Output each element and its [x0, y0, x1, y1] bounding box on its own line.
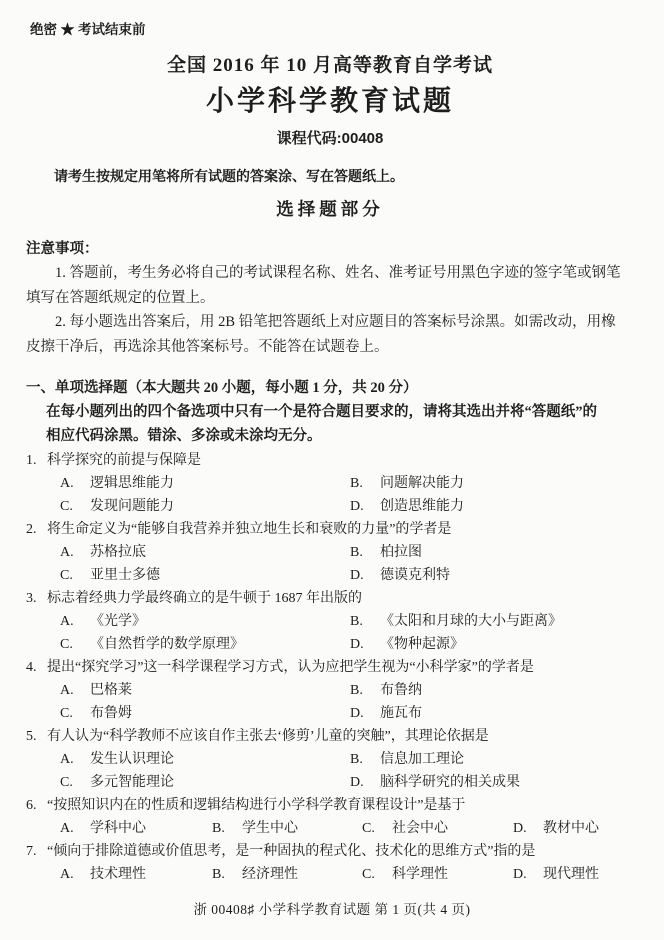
option-letter: B.: [212, 863, 242, 886]
option-letter: D.: [513, 863, 543, 886]
option-letter: C.: [60, 564, 90, 587]
option-label: 《物种起源》: [380, 633, 464, 656]
option-letter: B.: [212, 817, 242, 840]
options-grid: A.逻辑思维能力B.问题解决能力C.发现问题能力D.创造思维能力: [26, 472, 634, 518]
question-item: 6.“按照知识内在的性质和逻辑结构进行小学科学教育课程设计”是基于A.学科中心B…: [26, 794, 634, 840]
option-letter: C.: [362, 817, 392, 840]
question-stem-row: 4.提出“探究学习”这一科学课程学习方式，认为应把学生视为“小科学家”的学者是: [26, 656, 634, 679]
option-label: 科学理性: [392, 863, 448, 886]
option-item: D.创造思维能力: [350, 495, 634, 518]
option-letter: A.: [60, 610, 90, 633]
options-grid: A.发生认识理论B.信息加工理论C.多元智能理论D.脑科学研究的相关成果: [26, 748, 634, 794]
option-item: B.《太阳和月球的大小与距离》: [350, 610, 634, 633]
option-item: A.苏格拉底: [60, 541, 350, 564]
option-item: B.经济理性: [212, 863, 362, 886]
options-grid: A.苏格拉底B.柏拉图C.亚里士多德D.德谟克利特: [26, 541, 634, 587]
question-item: 5.有人认为“科学教师不应该自作主张去‘修剪’儿童的突触”，其理论依据是A.发生…: [26, 725, 634, 794]
option-letter: D.: [350, 564, 380, 587]
question-stem: 提出“探究学习”这一科学课程学习方式，认为应把学生视为“小科学家”的学者是: [47, 656, 534, 679]
options-grid: A.技术理性B.经济理性C.科学理性D.现代理性: [26, 863, 634, 886]
option-label: 经济理性: [242, 863, 298, 886]
option-label: 技术理性: [90, 863, 146, 886]
question-number: 2.: [26, 518, 47, 541]
options-grid: A.巴格莱B.布鲁纳C.布鲁姆D.施瓦布: [26, 679, 634, 725]
option-item: A.《光学》: [60, 610, 350, 633]
option-item: A.巴格莱: [60, 679, 350, 702]
option-label: 亚里士多德: [90, 564, 160, 587]
option-label: 施瓦布: [380, 702, 422, 725]
option-item: B.柏拉图: [350, 541, 634, 564]
question-number: 6.: [26, 794, 47, 817]
page-footer: 浙 00408♯ 小学科学教育试题 第 1 页(共 4 页): [0, 898, 664, 918]
option-letter: C.: [60, 702, 90, 725]
question-stem-row: 6.“按照知识内在的性质和逻辑结构进行小学科学教育课程设计”是基于: [26, 794, 634, 817]
option-label: 问题解决能力: [380, 472, 464, 495]
option-item: A.技术理性: [60, 863, 212, 886]
section-one-heading: 一、单项选择题（本大题共 20 小题，每小题 1 分，共 20 分）: [26, 377, 634, 400]
note-line: 2. 每小题选出答案后，用 2B 铅笔把答题纸上对应题目的答案标号涂黑。如需改动…: [26, 310, 634, 335]
option-label: 巴格莱: [90, 679, 132, 702]
option-letter: A.: [60, 748, 90, 771]
option-label: 多元智能理论: [90, 771, 174, 794]
question-stem: “倾向于排除道德或价值思考，是一种固执的程式化、技术化的思维方式”指的是: [47, 840, 535, 863]
option-label: 布鲁姆: [90, 702, 132, 725]
option-label: 德谟克利特: [380, 564, 450, 587]
question-stem: 标志着经典力学最终确立的是牛顿于 1687 年出版的: [47, 587, 362, 610]
question-stem: 科学探究的前提与保障是: [47, 449, 201, 472]
section-one-intro-line: 相应代码涂黑。错涂、多涂或未涂均无分。: [26, 424, 634, 448]
option-letter: B.: [350, 472, 380, 495]
option-item: D.现代理性: [513, 863, 634, 886]
option-letter: A.: [60, 679, 90, 702]
option-item: D.《物种起源》: [350, 633, 634, 656]
note-line: 填写在答题纸规定的位置上。: [26, 286, 634, 311]
question-stem: 将生命定义为“能够自我营养并独立地生长和衰败的力量”的学者是: [47, 518, 451, 541]
option-label: 柏拉图: [380, 541, 422, 564]
option-item: D.脑科学研究的相关成果: [350, 771, 634, 794]
question-item: 2.将生命定义为“能够自我营养并独立地生长和衰败的力量”的学者是A.苏格拉底B.…: [26, 518, 634, 587]
question-stem-row: 1.科学探究的前提与保障是: [26, 449, 634, 472]
option-item: D.德谟克利特: [350, 564, 634, 587]
option-letter: A.: [60, 541, 90, 564]
question-item: 1.科学探究的前提与保障是A.逻辑思维能力B.问题解决能力C.发现问题能力D.创…: [26, 449, 634, 518]
option-item: A.学科中心: [60, 817, 212, 840]
question-stem: “按照知识内在的性质和逻辑结构进行小学科学教育课程设计”是基于: [47, 794, 465, 817]
section-part-title: 选择题部分: [26, 196, 634, 221]
option-label: 信息加工理论: [380, 748, 464, 771]
option-item: B.问题解决能力: [350, 472, 634, 495]
classification-banner: 绝密 ★ 考试结束前: [30, 18, 634, 38]
question-list: 1.科学探究的前提与保障是A.逻辑思维能力B.问题解决能力C.发现问题能力D.创…: [26, 449, 634, 886]
option-label: 社会中心: [392, 817, 448, 840]
question-item: 3.标志着经典力学最终确立的是牛顿于 1687 年出版的A.《光学》B.《太阳和…: [26, 587, 634, 656]
option-label: 学科中心: [90, 817, 146, 840]
option-item: C.社会中心: [362, 817, 513, 840]
options-grid: A.《光学》B.《太阳和月球的大小与距离》C.《自然哲学的数学原理》D.《物种起…: [26, 610, 634, 656]
option-label: 学生中心: [242, 817, 298, 840]
note-item: 2. 每小题选出答案后，用 2B 铅笔把答题纸上对应题目的答案标号涂黑。如需改动…: [26, 310, 634, 359]
option-letter: D.: [350, 771, 380, 794]
option-label: 发现问题能力: [90, 495, 174, 518]
question-number: 3.: [26, 587, 47, 610]
option-label: 苏格拉底: [90, 541, 146, 564]
option-letter: B.: [350, 541, 380, 564]
option-label: 布鲁纳: [380, 679, 422, 702]
question-item: 4.提出“探究学习”这一科学课程学习方式，认为应把学生视为“小科学家”的学者是A…: [26, 656, 634, 725]
question-item: 7.“倾向于排除道德或价值思考，是一种固执的程式化、技术化的思维方式”指的是A.…: [26, 840, 634, 886]
question-number: 1.: [26, 449, 47, 472]
question-number: 5.: [26, 725, 47, 748]
option-letter: C.: [60, 633, 90, 656]
option-label: 《光学》: [90, 610, 146, 633]
question-number: 4.: [26, 656, 47, 679]
section-one-intro-line: 在每小题列出的四个备选项中只有一个是符合题目要求的，请将其选出并将“答题纸”的: [26, 400, 634, 424]
course-code: 课程代码:00408: [26, 127, 634, 148]
exam-page: 绝密 ★ 考试结束前 全国 2016 年 10 月高等教育自学考试 小学科学教育…: [0, 0, 664, 886]
option-item: D.施瓦布: [350, 702, 634, 725]
paper-title: 小学科学教育试题: [26, 79, 634, 119]
option-letter: C.: [60, 771, 90, 794]
option-item: B.布鲁纳: [350, 679, 634, 702]
option-label: 发生认识理论: [90, 748, 174, 771]
option-letter: C.: [60, 495, 90, 518]
option-item: A.发生认识理论: [60, 748, 350, 771]
option-letter: A.: [60, 863, 90, 886]
option-item: C.亚里士多德: [60, 564, 350, 587]
question-stem-row: 2.将生命定义为“能够自我营养并独立地生长和衰败的力量”的学者是: [26, 518, 634, 541]
option-letter: B.: [350, 679, 380, 702]
option-letter: B.: [350, 610, 380, 633]
note-line: 皮擦干净后，再选涂其他答案标号。不能答在试题卷上。: [26, 335, 634, 360]
option-letter: A.: [60, 472, 90, 495]
option-item: D.教材中心: [513, 817, 634, 840]
option-letter: A.: [60, 817, 90, 840]
option-letter: C.: [362, 863, 392, 886]
option-item: C.多元智能理论: [60, 771, 350, 794]
option-label: 脑科学研究的相关成果: [380, 771, 520, 794]
option-label: 现代理性: [543, 863, 599, 886]
question-stem-row: 3.标志着经典力学最终确立的是牛顿于 1687 年出版的: [26, 587, 634, 610]
answer-sheet-instruction: 请考生按规定用笔将所有试题的答案涂、写在答题纸上。: [26, 166, 634, 186]
option-letter: B.: [350, 748, 380, 771]
exam-title: 全国 2016 年 10 月高等教育自学考试: [26, 50, 634, 77]
question-stem: 有人认为“科学教师不应该自作主张去‘修剪’儿童的突触”，其理论依据是: [47, 725, 489, 748]
question-stem-row: 7.“倾向于排除道德或价值思考，是一种固执的程式化、技术化的思维方式”指的是: [26, 840, 634, 863]
option-item: C.发现问题能力: [60, 495, 350, 518]
option-item: B.信息加工理论: [350, 748, 634, 771]
option-item: B.学生中心: [212, 817, 362, 840]
options-grid: A.学科中心B.学生中心C.社会中心D.教材中心: [26, 817, 634, 840]
question-stem-row: 5.有人认为“科学教师不应该自作主张去‘修剪’儿童的突触”，其理论依据是: [26, 725, 634, 748]
option-label: 《太阳和月球的大小与距离》: [380, 610, 562, 633]
option-label: 逻辑思维能力: [90, 472, 174, 495]
option-item: C.布鲁姆: [60, 702, 350, 725]
notes-label: 注意事项：: [26, 237, 634, 261]
option-letter: D.: [513, 817, 543, 840]
question-number: 7.: [26, 840, 47, 863]
option-item: C.《自然哲学的数学原理》: [60, 633, 350, 656]
note-line: 1. 答题前，考生务必将自己的考试课程名称、姓名、准考证号用黑色字迹的签字笔或钢…: [26, 261, 634, 286]
option-label: 教材中心: [543, 817, 599, 840]
option-label: 《自然哲学的数学原理》: [90, 633, 244, 656]
option-letter: D.: [350, 633, 380, 656]
note-item: 1. 答题前，考生务必将自己的考试课程名称、姓名、准考证号用黑色字迹的签字笔或钢…: [26, 261, 634, 310]
option-item: A.逻辑思维能力: [60, 472, 350, 495]
option-label: 创造思维能力: [380, 495, 464, 518]
option-letter: D.: [350, 702, 380, 725]
option-letter: D.: [350, 495, 380, 518]
option-item: C.科学理性: [362, 863, 513, 886]
